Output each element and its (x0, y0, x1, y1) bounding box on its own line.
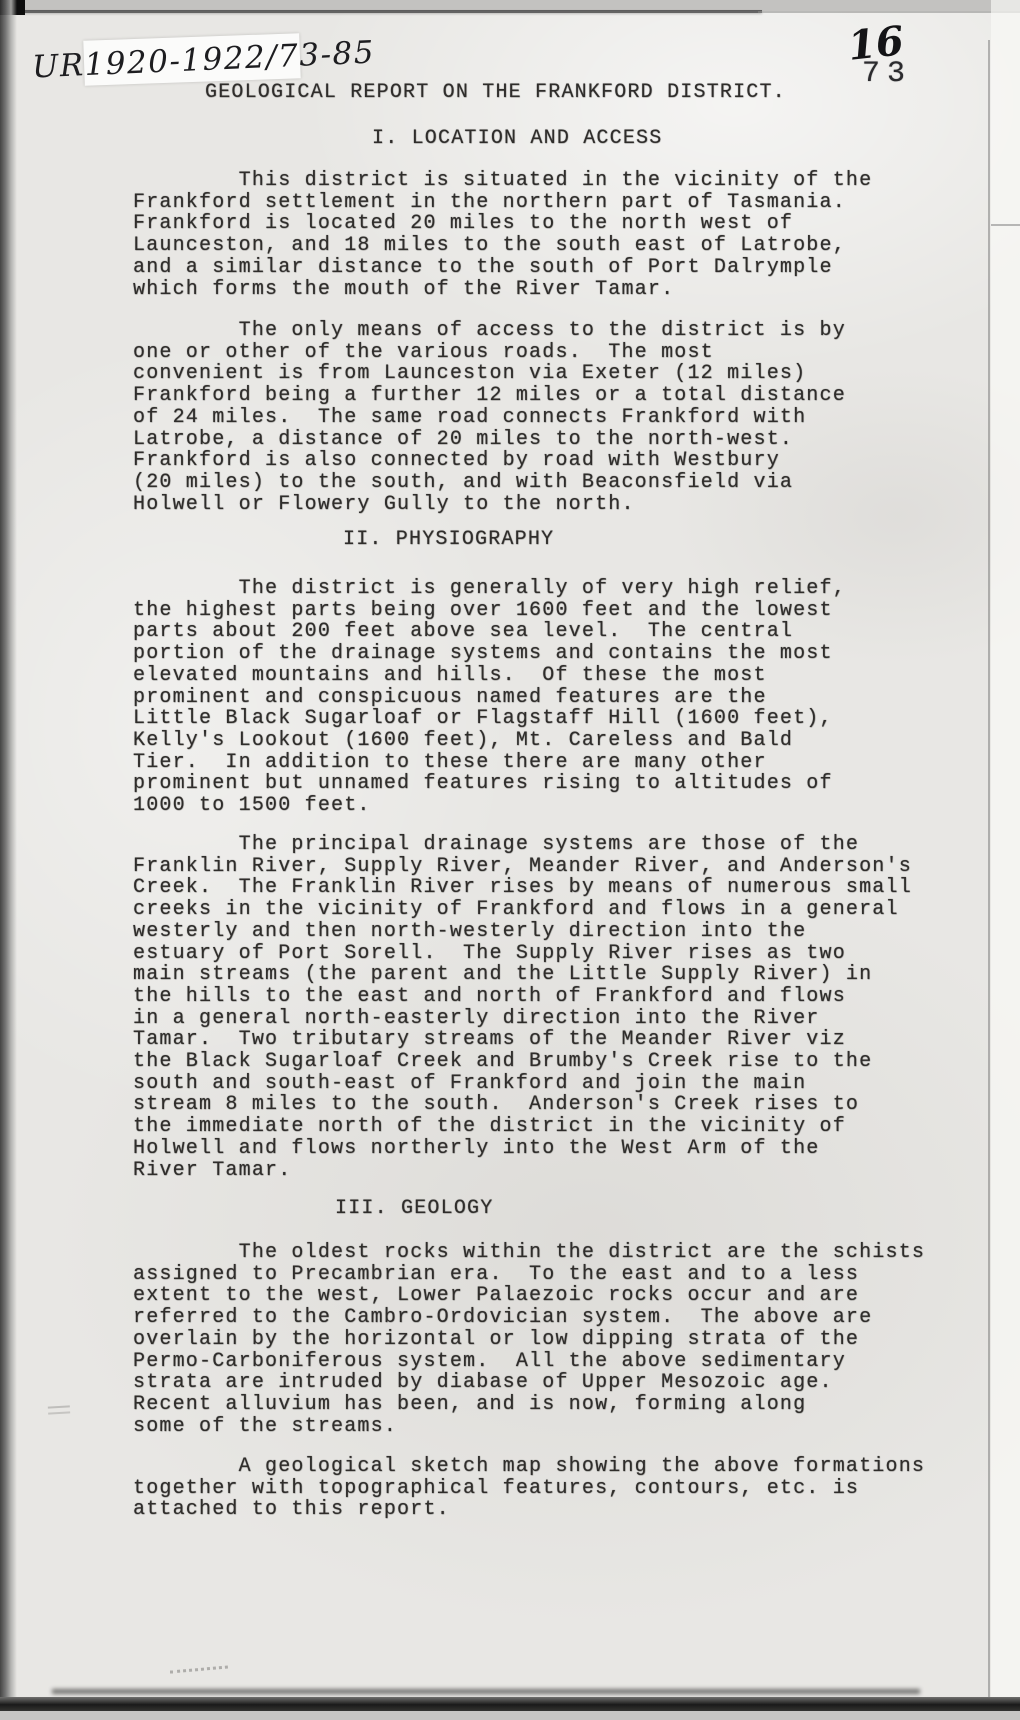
section-heading-physiography: II. PHYSIOGRAPHY (343, 529, 554, 551)
scan-edge-bottom-fuzz (52, 1689, 920, 1694)
section-heading-location-and-access: I. LOCATION AND ACCESS (372, 128, 662, 150)
paragraph: The principal drainage systems are those… (133, 834, 912, 1181)
scan-edge-bottom-band (0, 1697, 1020, 1711)
scan-background-right (991, 0, 1020, 1720)
scanned-document-page: UR1920-1922/73-85 16 73 GEOLOGICAL REPOR… (0, 0, 1020, 1720)
scan-page-right-edge (988, 40, 990, 1720)
scan-edge-left (0, 0, 17, 1720)
scan-edge-top-line-faint (758, 11, 1020, 13)
section-heading-geology: III. GEOLOGY (335, 1198, 493, 1220)
paragraph: This district is situated in the vicinit… (133, 170, 872, 300)
scan-underlying-page-line (991, 224, 1020, 226)
paragraph: The only means of access to the district… (133, 320, 846, 515)
stamped-page-number: 73 (862, 64, 912, 86)
pencil-smudge (170, 1665, 228, 1673)
paragraph: The oldest rocks within the district are… (133, 1242, 925, 1437)
paragraph: A geological sketch map showing the abov… (133, 1456, 925, 1521)
paragraph: The district is generally of very high r… (133, 578, 846, 817)
report-title: GEOLOGICAL REPORT ON THE FRANKFORD DISTR… (205, 82, 786, 104)
scan-edge-bottom-margin (0, 1711, 1020, 1720)
pencil-margin-mark (48, 1405, 70, 1414)
scan-edge-top-line (20, 10, 762, 13)
